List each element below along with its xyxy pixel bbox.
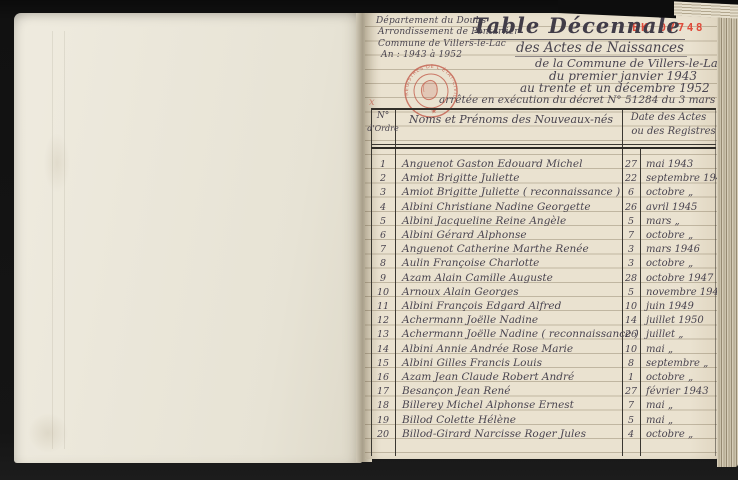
table-row: 20Billod-Girard Narcisse Roger Jules4oct… [371, 426, 716, 440]
title-acts-line: des Actes de Naissances [515, 40, 687, 57]
row-order-number: 13 [371, 329, 395, 340]
row-day: 3 [622, 244, 640, 255]
row-day: 26 [622, 329, 640, 340]
marianne-head-icon [420, 80, 439, 101]
title-decree-line: arrêtée en exécution du décret N° 51284 … [439, 94, 738, 106]
row-newborn-name: Amiot Brigitte Juliette ( reconnaissance… [395, 186, 622, 198]
row-month-year: juillet 1950 [640, 315, 716, 326]
row-month-year: mars „ [640, 216, 716, 227]
row-order-number: 18 [371, 400, 395, 411]
page-edge-crease [52, 31, 53, 449]
row-order-number: 14 [371, 344, 395, 355]
paper-stain [44, 133, 70, 193]
order-column-header-line2: d'Ordre [365, 124, 401, 133]
table-row: 17Besançon Jean René27février 1943 [371, 383, 716, 397]
table-row: 4Albini Christiane Nadine Georgette26avr… [371, 199, 716, 213]
row-day: 7 [622, 400, 640, 411]
table-row: 6Albini Gérard Alphonse7octobre „ [371, 227, 716, 241]
order-column-header-line1: N° [371, 111, 395, 121]
row-order-number: 1 [371, 159, 395, 170]
row-day: 27 [622, 386, 640, 397]
row-order-number: 16 [371, 372, 395, 383]
row-day: 7 [622, 230, 640, 241]
row-newborn-name: Achermann Joëlle Nadine [395, 314, 622, 326]
row-newborn-name: Albini Christiane Nadine Georgette [395, 201, 622, 213]
row-newborn-name: Albini Annie Andrée Rose Marie [395, 343, 622, 355]
table-row: 14Albini Annie Andrée Rose Marie10mai „ [371, 341, 716, 355]
row-order-number: 9 [371, 273, 395, 284]
row-day: 28 [622, 273, 640, 284]
row-newborn-name: Aulin Françoise Charlotte [395, 257, 622, 269]
row-order-number: 4 [371, 202, 395, 213]
row-order-number: 5 [371, 216, 395, 227]
row-newborn-name: Billod-Girard Narcisse Roger Jules [395, 428, 622, 440]
row-day: 10 [622, 301, 640, 312]
row-order-number: 17 [371, 386, 395, 397]
row-order-number: 6 [371, 230, 395, 241]
margin-mark: x [369, 97, 375, 108]
row-newborn-name: Albini Gérard Alphonse [395, 229, 622, 241]
row-newborn-name: Achermann Joëlle Nadine ( reconnaissance… [395, 328, 622, 340]
row-month-year: octobre 1947 [640, 273, 716, 284]
table-row: 2Amiot Brigitte Juliette22septembre 1944 [371, 170, 716, 184]
row-day: 27 [622, 159, 640, 170]
row-day: 5 [622, 216, 640, 227]
row-day: 10 [622, 344, 640, 355]
row-newborn-name: Amiot Brigitte Juliette [395, 172, 622, 184]
date-column-header-line2: ou des Registres [627, 126, 720, 137]
row-month-year: mai „ [640, 415, 716, 426]
book-fore-edge [717, 15, 738, 467]
table-row: 1Anguenot Gaston Edouard Michel27mai 194… [371, 156, 716, 170]
names-column-header: Noms et Prénoms des Nouveaux-nés [409, 113, 613, 126]
page-edge-crease [64, 31, 65, 449]
row-month-year: novembre 1948 [640, 287, 725, 298]
row-month-year: octobre „ [640, 258, 716, 269]
commune-line: Commune de Villers-le-Lac [378, 39, 506, 49]
table-row: 5Albini Jacqueline Reine Angèle5mars „ [371, 213, 716, 227]
header-underline-1 [371, 144, 716, 145]
row-order-number: 19 [371, 415, 395, 426]
table-row: 12Achermann Joëlle Nadine14juillet 1950 [371, 312, 716, 326]
row-month-year: octobre „ [640, 429, 716, 440]
row-newborn-name: Azam Alain Camille Auguste [395, 272, 622, 284]
row-month-year: mai „ [640, 344, 716, 355]
row-month-year: octobre „ [640, 230, 716, 241]
row-month-year: février 1943 [640, 386, 716, 397]
header-underline-2 [371, 147, 716, 149]
row-newborn-name: Azam Jean Claude Robert André [395, 371, 622, 383]
table-row: 19Billod Colette Hélène5mai „ [371, 412, 716, 426]
row-month-year: mai 1943 [640, 159, 716, 170]
row-month-year: mars 1946 [640, 244, 716, 255]
row-month-year: octobre „ [640, 372, 716, 383]
row-newborn-name: Albini François Edgard Alfred [395, 300, 622, 312]
row-month-year: octobre „ [640, 187, 716, 198]
paper-stain [28, 413, 68, 453]
row-newborn-name: Arnoux Alain Georges [395, 286, 622, 298]
row-newborn-name: Billerey Michel Alphonse Ernest [395, 399, 622, 411]
row-order-number: 15 [371, 358, 395, 369]
table-row: 15Albini Gilles Francis Louis8septembre … [371, 355, 716, 369]
row-order-number: 12 [371, 315, 395, 326]
row-month-year: avril 1945 [640, 202, 716, 213]
row-order-number: 3 [371, 187, 395, 198]
table-row: 18Billerey Michel Alphonse Ernest7mai „ [371, 397, 716, 411]
row-month-year: septembre „ [640, 358, 716, 369]
table-row: 10Arnoux Alain Georges5novembre 1948 [371, 284, 716, 298]
table-row: 16Azam Jean Claude Robert André1octobre … [371, 369, 716, 383]
row-month-year: septembre 1944 [640, 173, 729, 184]
row-newborn-name: Billod Colette Hélène [395, 414, 622, 426]
row-day: 6 [622, 187, 640, 198]
table-row: 8Aulin Françoise Charlotte3octobre „ [371, 255, 716, 269]
date-column-header-line1: Date des Actes [622, 112, 715, 123]
table-row: 3Amiot Brigitte Juliette ( reconnaissanc… [371, 184, 716, 198]
row-day: 3 [622, 258, 640, 269]
table-row: 9Azam Alain Camille Auguste28octobre 194… [371, 270, 716, 284]
row-day: 5 [622, 287, 640, 298]
table-row: 13Achermann Joëlle Nadine ( reconnaissan… [371, 326, 716, 340]
row-newborn-name: Anguenot Gaston Edouard Michel [395, 158, 622, 170]
row-day: 22 [622, 173, 640, 184]
row-day: 4 [622, 429, 640, 440]
table-row: 7Anguenot Catherine Marthe Renée3mars 19… [371, 241, 716, 255]
row-order-number: 11 [371, 301, 395, 312]
register-page: Département du Doubs Arrondissement de P… [365, 13, 718, 459]
row-day: 5 [622, 415, 640, 426]
left-blank-page [14, 13, 362, 463]
row-newborn-name: Albini Jacqueline Reine Angèle [395, 215, 622, 227]
row-order-number: 20 [371, 429, 395, 440]
title-end-date-line: au trente et un décembre 1952 [520, 81, 710, 95]
title-commune-line: de la Commune de Villers-le-Lac [535, 56, 724, 70]
row-order-number: 10 [371, 287, 395, 298]
row-month-year: juin 1949 [640, 301, 716, 312]
row-month-year: juillet „ [640, 329, 716, 340]
row-newborn-name: Besançon Jean René [395, 385, 622, 397]
row-month-year: mai „ [640, 400, 716, 411]
row-day: 8 [622, 358, 640, 369]
row-order-number: 2 [371, 173, 395, 184]
row-order-number: 8 [371, 258, 395, 269]
table-top-border [371, 108, 716, 110]
row-day: 1 [622, 372, 640, 383]
row-day: 26 [622, 202, 640, 213]
table-body: 1Anguenot Gaston Edouard Michel27mai 194… [371, 156, 716, 448]
row-day: 14 [622, 315, 640, 326]
row-order-number: 7 [371, 244, 395, 255]
row-newborn-name: Anguenot Catherine Marthe Renée [395, 243, 622, 255]
row-newborn-name: Albini Gilles Francis Louis [395, 357, 622, 369]
table-row: 11Albini François Edgard Alfred10juin 19… [371, 298, 716, 312]
